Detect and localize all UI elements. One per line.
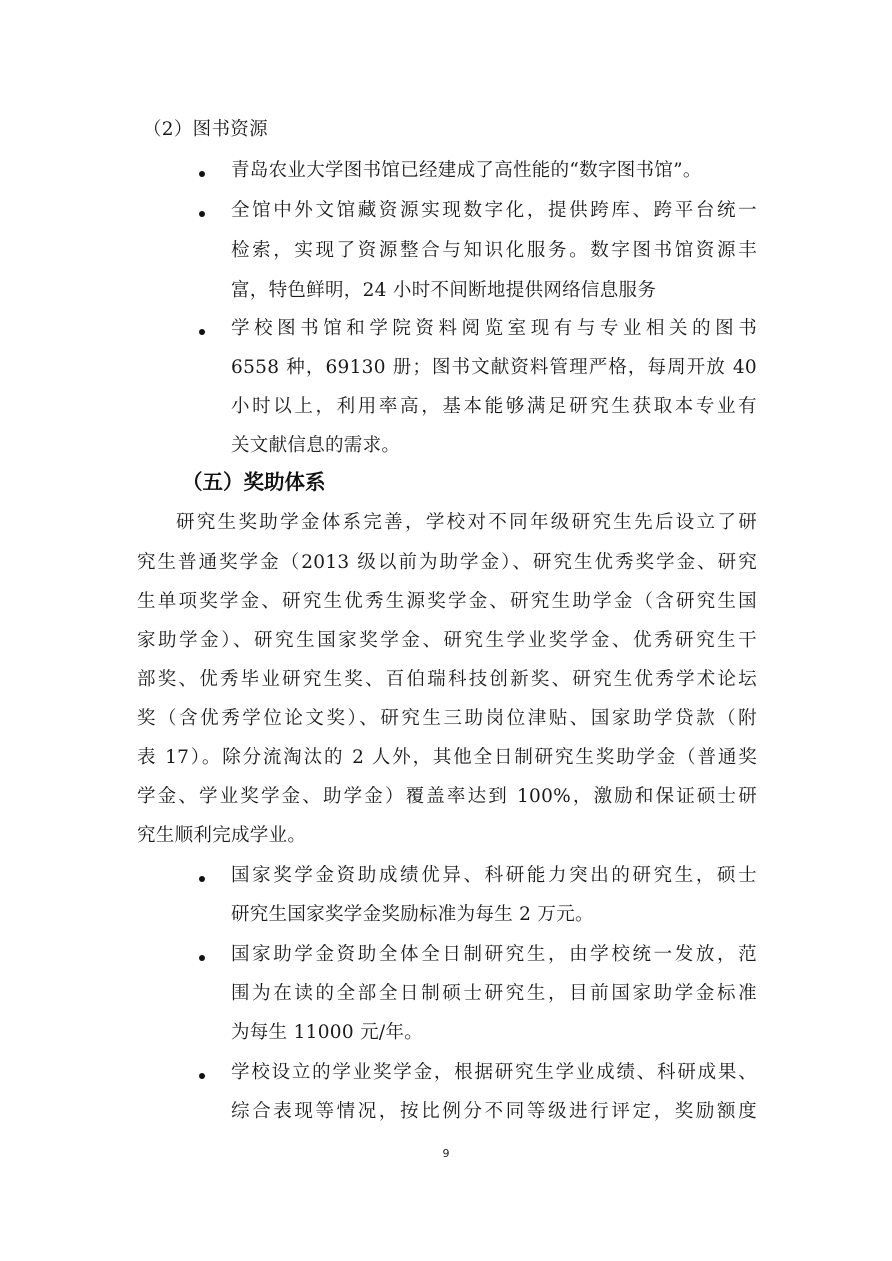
bullet-line: 6558 种，69130 册；图书文献资料管理严格，每周开放 40	[231, 356, 757, 380]
bullet-icon	[199, 171, 205, 177]
paragraph-line: 表 17）。除分流淘汰的 2 人外，其他全日制研究生奖助学金（普通奖	[137, 746, 757, 770]
subsection-title: （2）图书资源	[143, 118, 268, 142]
bullet-line: 检索，实现了资源整合与知识化服务。数字图书馆资源丰	[231, 239, 757, 263]
bullet-line: 国家奖学金资助成绩优异、科研能力突出的研究生，硕士	[231, 864, 757, 888]
bullet-icon	[199, 329, 205, 335]
bullet-line: 青岛农业大学图书馆已经建成了高性能的“数字图书馆”。	[231, 159, 702, 183]
bullet-icon	[199, 876, 205, 882]
bullet-line: 国家助学金资助全体全日制研究生，由学校统一发放，范	[231, 943, 757, 967]
bullet-icon	[199, 955, 205, 961]
bullet-line: 学校设立的学业奖学金，根据研究生学业成绩、科研成果、	[231, 1061, 757, 1085]
bullet-line: 研究生国家奖学金奖励标准为每生 2 万元。	[231, 903, 594, 927]
bullet-line: 围为在读的全部全日制硕士研究生，目前国家助学金标准	[231, 982, 757, 1006]
paragraph-line: 家助学金）、研究生国家奖学金、研究生学业奖学金、优秀研究生干	[137, 629, 757, 653]
paragraph-line: 学金、学业奖学金、助学金）覆盖率达到 100%，激励和保证硕士研	[137, 785, 757, 809]
bullet-line: 关文献信息的需求。	[231, 434, 400, 458]
paragraph-line: 究生普通奖学金（2013 级以前为助学金）、研究生优秀奖学金、研究	[137, 551, 757, 575]
bullet-line: 学校图书馆和学院资料阅览室现有与专业相关的图书	[231, 317, 757, 341]
bullet-icon	[199, 211, 205, 217]
bullet-line: 全馆中外文馆藏资源实现数字化，提供跨库、跨平台统一	[231, 199, 757, 223]
paragraph-line: 奖（含优秀学位论文奖）、研究生三助岗位津贴、国家助学贷款（附	[137, 707, 757, 731]
paragraph-line: 生单项奖学金、研究生优秀生源奖学金、研究生助学金（含研究生国	[137, 590, 757, 614]
bullet-line: 小时以上，利用率高，基本能够满足研究生获取本专业有	[231, 395, 757, 419]
paragraph-line: 部奖、优秀毕业研究生奖、百伯瑞科技创新奖、研究生优秀学术论坛	[137, 668, 757, 692]
page-number: 9	[0, 1147, 892, 1160]
bullet-line: 综合表现等情况，按比例分不同等级进行评定，奖励额度	[231, 1100, 757, 1124]
bullet-line: 为每生 11000 元/年。	[231, 1021, 423, 1045]
paragraph-line: 究生顺利完成学业。	[137, 824, 306, 848]
paragraph-line: 研究生奖助学金体系完善，学校对不同年级研究生先后设立了研	[176, 511, 757, 535]
bullet-line: 富，特色鲜明，24 小时不间断地提供网络信息服务	[231, 279, 656, 303]
bullet-icon	[199, 1073, 205, 1079]
document-page: （2）图书资源 青岛农业大学图书馆已经建成了高性能的“数字图书馆”。 全馆中外文…	[0, 0, 892, 1261]
section-title: （五）奖助体系	[182, 469, 326, 495]
